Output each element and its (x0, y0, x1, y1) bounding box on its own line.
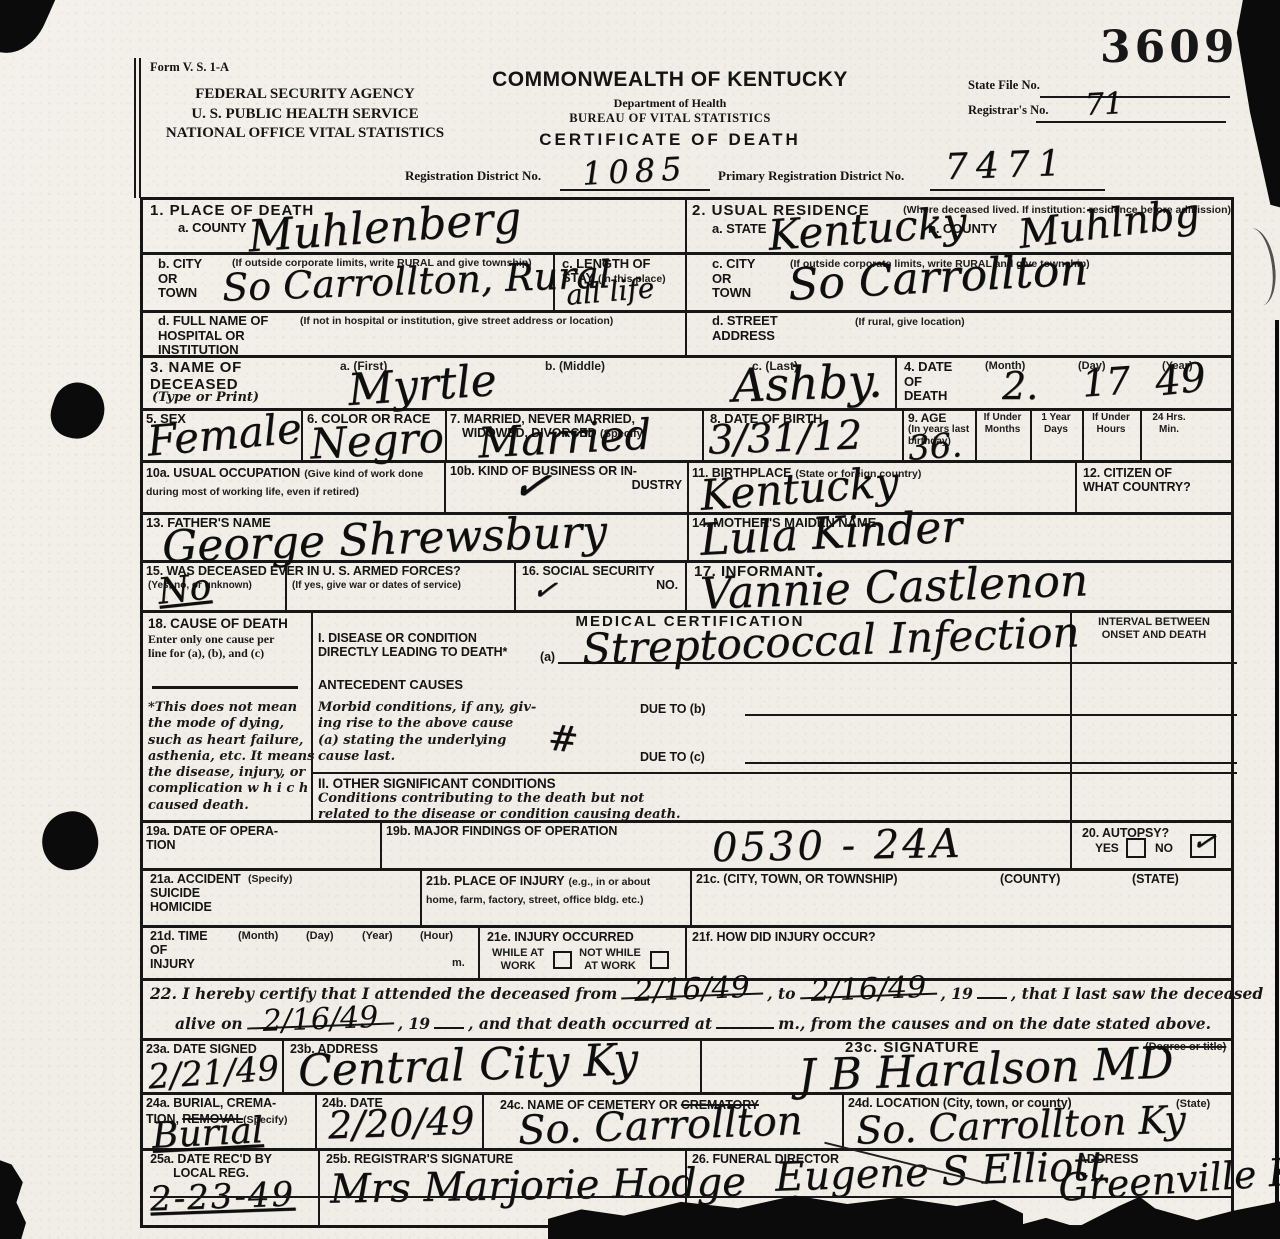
col-line (482, 1092, 484, 1148)
col-line (420, 868, 422, 925)
registrars-no-value: 71 (1084, 89, 1124, 121)
state-file-no-line (1040, 96, 1230, 98)
occupation-label: 10a. USUAL OCCUPATION (146, 466, 300, 480)
due-to-c-line (745, 762, 1237, 764)
other-conditions-label: II. OTHER SIGNIFICANT CONDITIONS (318, 776, 556, 791)
name-deceased-label: 3. NAME OF DECEASED (150, 360, 242, 394)
citizen-label: 12. CITIZEN OF WHAT COUNTRY? (1083, 466, 1191, 494)
registration-district-value: 1085 (581, 152, 688, 189)
dob-value: 3/31/12 (707, 415, 863, 460)
registrars-no-label: Registrar's No. (968, 103, 1049, 118)
morbid-mark: # (546, 721, 580, 760)
certify-line-2: alive on 2/16/49 , 19 , and that death o… (175, 1014, 1235, 1034)
county-pod-label: a. COUNTY (178, 221, 246, 236)
time-injury-year: (Year) (362, 930, 393, 943)
burial-label-1: 24a. BURIAL, CREMA- (146, 1096, 276, 1110)
col-line (1070, 820, 1072, 868)
time-injury-m: m. (452, 957, 465, 970)
address-23b-value: Central City Ky (297, 1038, 639, 1094)
city-ur-label: c. CITY OR TOWN (712, 257, 755, 301)
hospital-note: (If not in hospital or institution, give… (300, 315, 660, 327)
injury-county-label: (COUNTY) (1000, 872, 1060, 886)
scan-blob-bottom-left (0, 1158, 26, 1239)
col-line (687, 460, 689, 512)
name-deceased-note: (Type or Print) (152, 390, 259, 406)
col-line (318, 1148, 320, 1228)
certify-text-4: , that I last saw the deceased (1011, 984, 1263, 1003)
injury-state-label: (STATE) (1132, 872, 1179, 886)
col-line (445, 408, 447, 460)
morbid-note: Morbid conditions, if any, giv- ing rise… (318, 700, 536, 765)
antecedent-label: ANTECEDENT CAUSES (318, 678, 463, 693)
col-line (702, 408, 704, 460)
col-line (895, 355, 897, 408)
margin-mark (134, 58, 136, 198)
commonwealth-title: COMMONWEALTH OF KENTUCKY (460, 68, 880, 92)
dod-day-value: 17 (1081, 361, 1132, 402)
time-injury-hour: (Hour) (420, 930, 453, 943)
first-name-value: Myrtle (347, 359, 498, 413)
street-address-label: d. STREET ADDRESS (712, 314, 778, 343)
col-line (444, 460, 446, 512)
last-name-value: Ashby. (731, 357, 883, 408)
certify-text-5: alive on (175, 1014, 243, 1033)
date-of-death-label: 4. DATE OF DEATH (904, 360, 952, 404)
punch-hole-bottom (37, 807, 104, 875)
date-signed-value: 2/21/49 (147, 1051, 280, 1094)
county-ur-label: b. COUNTY (928, 222, 997, 237)
dept-of-health: Department of Health (460, 96, 880, 111)
scan-arc-right (1233, 226, 1280, 308)
col-line (1075, 460, 1077, 512)
col-line (315, 1092, 317, 1148)
place-injury-label: 21b. PLACE OF INJURY (426, 874, 565, 888)
margin-mark (139, 58, 141, 198)
state-file-no-label: State File No. (968, 78, 1040, 93)
certify-blank-3 (716, 1014, 774, 1029)
certificate-of-death-title: CERTIFICATE OF DEATH (460, 130, 880, 149)
col-line (902, 408, 904, 460)
due-to-c-label: DUE TO (c) (640, 750, 705, 764)
col-line (685, 560, 687, 610)
major-findings-value: 0530 - 24A (712, 824, 963, 868)
autopsy-no-label: NO (1155, 842, 1173, 855)
business-check-mark: ✓ (508, 459, 554, 511)
dod-year-value: 49 (1153, 357, 1208, 402)
cause-title: 18. CAUSE OF DEATH (148, 616, 288, 631)
burial-date-value: 2/20/49 (327, 1101, 475, 1144)
occupation-cell: 10a. USUAL OCCUPATION (Give kind of work… (146, 464, 438, 500)
scan-corner-top-left (0, 0, 57, 65)
due-to-b-line (745, 714, 1237, 716)
injury-city-label: 21c. (CITY, TOWN, OR TOWNSHIP) (696, 872, 897, 886)
col-line (282, 1038, 284, 1092)
primary-district-line (930, 189, 1105, 191)
certify-text-6: , 19 (398, 1014, 430, 1033)
while-at-work-checkbox (553, 951, 572, 969)
other-conditions-note: Conditions contributing to the death but… (318, 791, 681, 822)
cause-rule (152, 686, 298, 689)
certify-text-1: 22. I hereby certify that I attended the… (150, 984, 617, 1003)
form-number: Form V. S. 1-A (150, 60, 229, 75)
race-value: Negro (309, 417, 445, 466)
registrars-no-line (1036, 121, 1226, 123)
accident-label: 21a. ACCIDENT SUICIDE HOMICIDE (150, 872, 241, 914)
col-line (687, 512, 689, 560)
city-pod-label: b. CITY OR TOWN (158, 257, 202, 301)
time-injury-month: (Month) (238, 930, 278, 943)
col-line (685, 197, 687, 355)
marital-value: Married (477, 413, 652, 464)
col-line (690, 868, 692, 925)
row-line (140, 925, 1234, 928)
age-col-under-hours: If Under Hours (1083, 412, 1139, 435)
certify-from-date: 2/16/49 (621, 983, 763, 1000)
business-label2: DUSTRY (590, 478, 682, 492)
bureau-vital-statistics: BUREAU OF VITAL STATISTICS (460, 111, 880, 126)
time-injury-day: (Day) (306, 930, 334, 943)
bottom-signature-line (150, 1196, 1234, 1198)
autopsy-yes-checkbox (1126, 838, 1146, 858)
certify-text-2: , to (767, 984, 795, 1003)
major-findings-label: 19b. MAJOR FINDINGS OF OPERATION (386, 824, 617, 838)
certify-alive-date: 2/16/49 (247, 1012, 394, 1029)
location-value: So. Carrollton Ky (855, 1100, 1186, 1149)
place-injury-cell: 21b. PLACE OF INJURY (e.g., in or about … (426, 872, 682, 908)
time-injury-label: 21d. TIME OF INJURY (150, 929, 207, 971)
col-line (842, 1092, 844, 1148)
cause-note2: *This does not mean the mode of dying, s… (148, 700, 314, 814)
row-line (140, 310, 1234, 313)
ssn-check-mark: ✓ (530, 574, 559, 607)
scan-edge-right (1275, 320, 1279, 1220)
registration-district-line (560, 189, 710, 191)
burial-value: Burial (151, 1113, 264, 1155)
street-address-note: (If rural, give location) (855, 316, 965, 328)
certify-text-8: m., from the causes and on the date stat… (778, 1014, 1211, 1033)
how-injury-label: 21f. HOW DID INJURY OCCUR? (692, 930, 876, 944)
injury-occurred-label: 21e. INJURY OCCURRED (487, 930, 634, 944)
cause-note1: Enter only one cause per line for (a), (… (148, 632, 274, 661)
ssn-label2: NO. (620, 578, 678, 592)
date-operation-label: 19a. DATE OF OPERA- TION (146, 824, 374, 852)
dod-month-value: 2. (1002, 367, 1038, 405)
certify-line-1: 22. I hereby certify that I attended the… (150, 984, 1230, 1004)
col-line (478, 925, 480, 978)
col-line (380, 820, 382, 868)
armed-forces-value: No (156, 569, 213, 610)
while-at-work-label: WHILE AT WORK (487, 947, 549, 972)
death-certificate-scan: 3609 Form V. S. 1-A FEDERAL SECURITY AGE… (0, 0, 1280, 1239)
armed-forces-note2: (If yes, give war or dates of service) (292, 580, 512, 592)
cause-a-tag: (a) (540, 650, 555, 664)
primary-district-label: Primary Registration District No. (718, 168, 904, 184)
not-while-at-work-label: NOT WHILE AT WORK (575, 947, 645, 972)
certify-blank-2 (434, 1014, 464, 1029)
certify-text-3: , 19 (941, 984, 973, 1003)
section-ii-divider (311, 772, 1237, 774)
row-line (140, 355, 1234, 358)
col-line (685, 925, 687, 978)
agency-line-2: U. S. PUBLIC HEALTH SERVICE (150, 106, 460, 123)
agency-line-3: NATIONAL OFFICE VITAL STATISTICS (150, 125, 460, 142)
autopsy-yes-label: YES (1095, 842, 1119, 855)
agency-line-1: FEDERAL SECURITY AGENCY (150, 86, 460, 103)
certify-blank-1 (977, 984, 1007, 999)
not-while-at-work-checkbox (650, 951, 669, 969)
certify-to-date: 2/16/49 (799, 983, 936, 1000)
age-value: 36. (907, 428, 963, 466)
age-col-year-days: 1 Year Days (1031, 412, 1081, 435)
certify-text-7: , and that death occurred at (468, 1014, 712, 1033)
age-col-under-months: If Under Months (976, 412, 1029, 435)
registration-district-label: Registration District No. (405, 168, 541, 184)
age-col-24hrs-min: 24 Hrs. Min. (1141, 412, 1197, 435)
punch-hole-top (45, 376, 112, 445)
signature-value: J B Haralson MD (797, 1041, 1174, 1098)
col-line (700, 1038, 702, 1092)
interval-label: INTERVAL BETWEEN ONSET AND DEATH (1074, 616, 1234, 641)
due-to-b-label: DUE TO (b) (640, 702, 705, 716)
length-stay-value: all life (565, 274, 655, 310)
middle-name-label: b. (Middle) (545, 360, 605, 374)
stamp-number: 3609 (1100, 22, 1238, 73)
row-line (140, 408, 1234, 411)
hospital-label: d. FULL NAME OF HOSPITAL OR INSTITUTION (158, 314, 268, 358)
col-line (514, 560, 516, 610)
disease-label-1: I. DISEASE OR CONDITION (318, 631, 477, 645)
disease-label-2: DIRECTLY LEADING TO DEATH* (318, 645, 507, 659)
primary-district-value: 7471 (944, 146, 1069, 186)
state-label: a. STATE (712, 222, 766, 237)
cemetery-value: So. Carrollton (517, 1101, 803, 1151)
mother-value: Lula Kinder (699, 505, 963, 563)
row-line (140, 868, 1234, 871)
accident-note: (Specify) (248, 873, 292, 885)
